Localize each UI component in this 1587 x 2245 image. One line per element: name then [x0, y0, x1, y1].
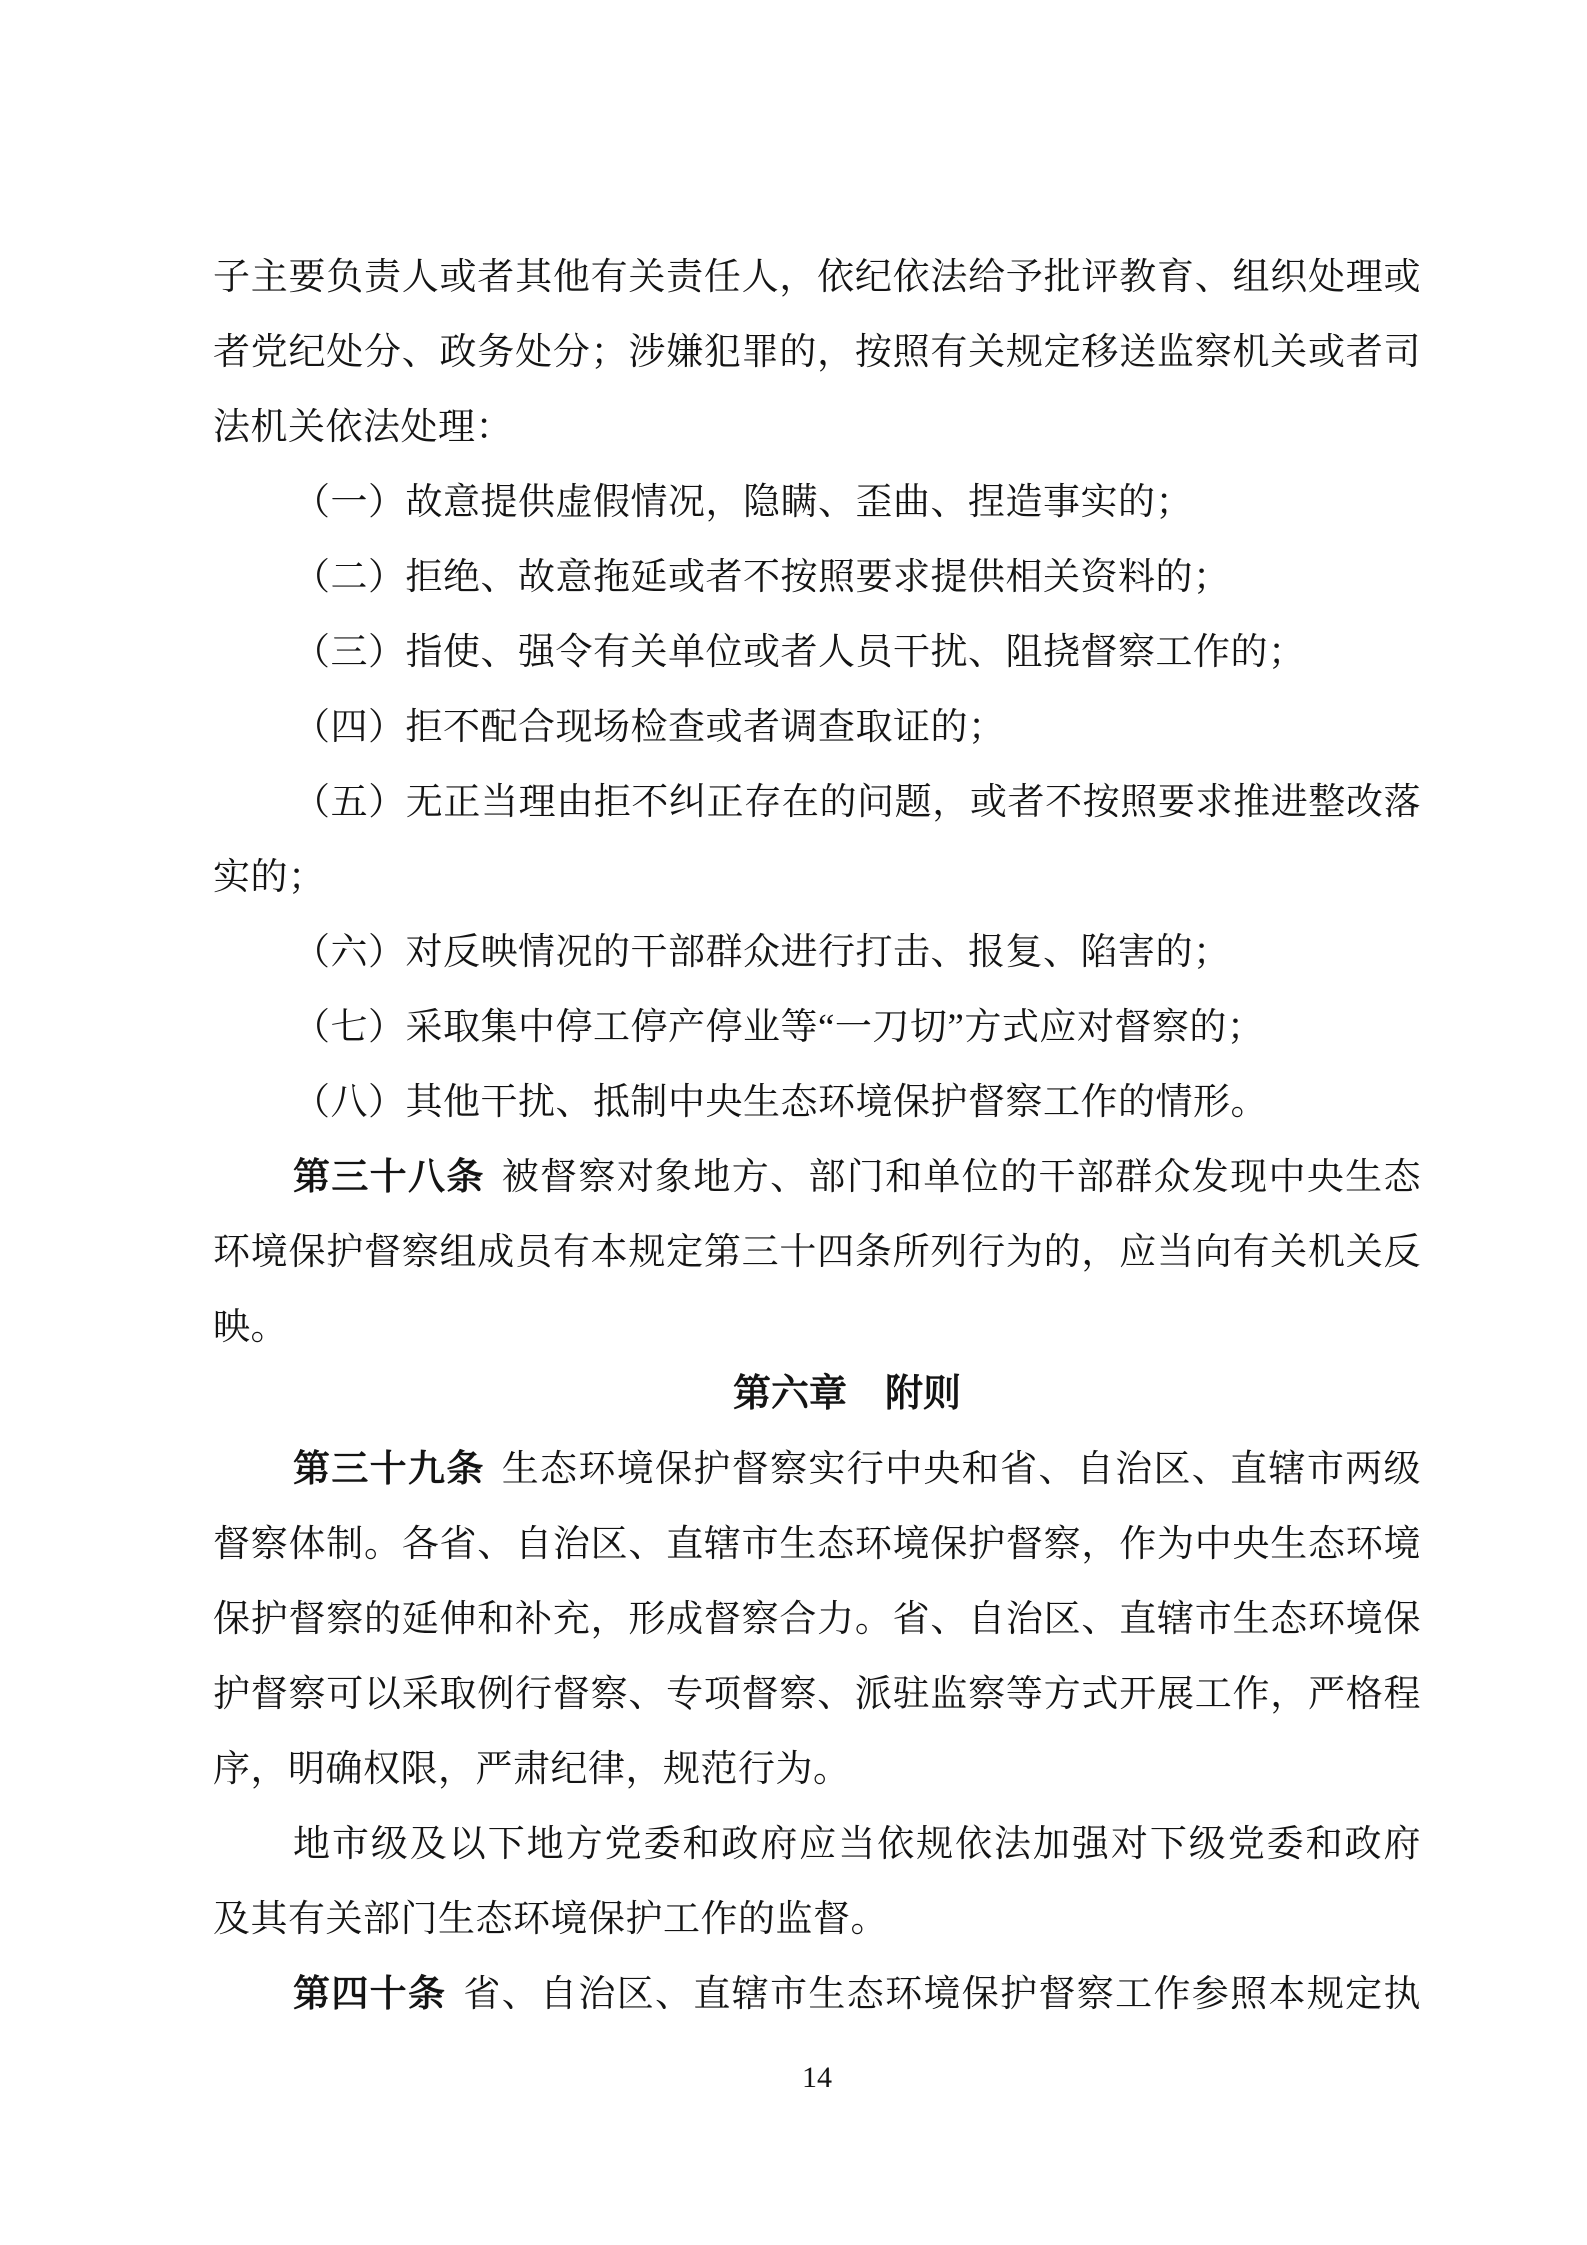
text-line: 地市级及以下地方党委和政府应当依规依法加强对下级党委和政府: [213, 1822, 1421, 1868]
text-line: 序，明确权限，严肃纪律，规范行为。: [213, 1747, 1421, 1793]
article-line: 第三十九条生态环境保护督察实行中央和省、自治区、直辖市两级: [213, 1447, 1421, 1493]
text-line: 保护督察的延伸和补充，形成督察合力。省、自治区、直辖市生态环境保: [213, 1597, 1421, 1643]
text-line: 督察体制。各省、自治区、直辖市生态环境保护督察，作为中央生态环境: [213, 1522, 1421, 1568]
text-line: 护督察可以采取例行督察、专项督察、派驻监察等方式开展工作，严格程: [213, 1672, 1421, 1718]
list-item-line: （三）指使、强令有关单位或者人员干扰、阻挠督察工作的；: [213, 630, 1421, 676]
article-number: 第三十九条: [293, 1449, 485, 1490]
article-line: 第三十八条被督察对象地方、部门和单位的干部群众发现中央生态: [213, 1155, 1421, 1201]
article-line: 第四十条省、自治区、直辖市生态环境保护督察工作参照本规定执: [213, 1972, 1421, 2018]
text-line: 实的；: [213, 855, 1421, 901]
page-number: 14: [213, 2060, 1421, 2096]
list-item-line: （七）采取集中停工停产停业等“一刀切”方式应对督察的；: [213, 1005, 1421, 1051]
list-item-line: （八）其他干扰、抵制中央生态环境保护督察工作的情形。: [213, 1080, 1421, 1126]
text-line: 子主要负责人或者其他有关责任人，依纪依法给予批评教育、组织处理或: [213, 255, 1421, 301]
text-line: 者党纪处分、政务处分；涉嫌犯罪的，按照有关规定移送监察机关或者司: [213, 330, 1421, 376]
article-number: 第三十八条: [293, 1157, 485, 1198]
article-text: 被督察对象地方、部门和单位的干部群众发现中央生态: [502, 1157, 1421, 1198]
text-line: 及其有关部门生态环境保护工作的监督。: [213, 1897, 1421, 1943]
article-text: 生态环境保护督察实行中央和省、自治区、直辖市两级: [502, 1449, 1421, 1490]
text-line: 法机关依法处理：: [213, 405, 1421, 451]
list-item-line: （五）无正当理由拒不纠正存在的问题，或者不按照要求推进整改落: [213, 780, 1421, 826]
article-text: 省、自治区、直辖市生态环境保护督察工作参照本规定执: [463, 1974, 1421, 2015]
text-line: 映。: [213, 1305, 1421, 1351]
article-number: 第四十条: [293, 1974, 446, 2015]
list-item-line: （四）拒不配合现场检查或者调查取证的；: [213, 705, 1421, 751]
chapter-heading: 第六章 附则: [243, 1371, 1451, 1417]
text-line: 环境保护督察组成员有本规定第三十四条所列行为的，应当向有关机关反: [213, 1230, 1421, 1276]
list-item-line: （六）对反映情况的干部群众进行打击、报复、陷害的；: [213, 930, 1421, 976]
document-page: 子主要负责人或者其他有关责任人，依纪依法给予批评教育、组织处理或 者党纪处分、政…: [0, 0, 1587, 2245]
list-item-line: （二）拒绝、故意拖延或者不按照要求提供相关资料的；: [213, 555, 1421, 601]
list-item-line: （一）故意提供虚假情况，隐瞒、歪曲、捏造事实的；: [213, 480, 1421, 526]
